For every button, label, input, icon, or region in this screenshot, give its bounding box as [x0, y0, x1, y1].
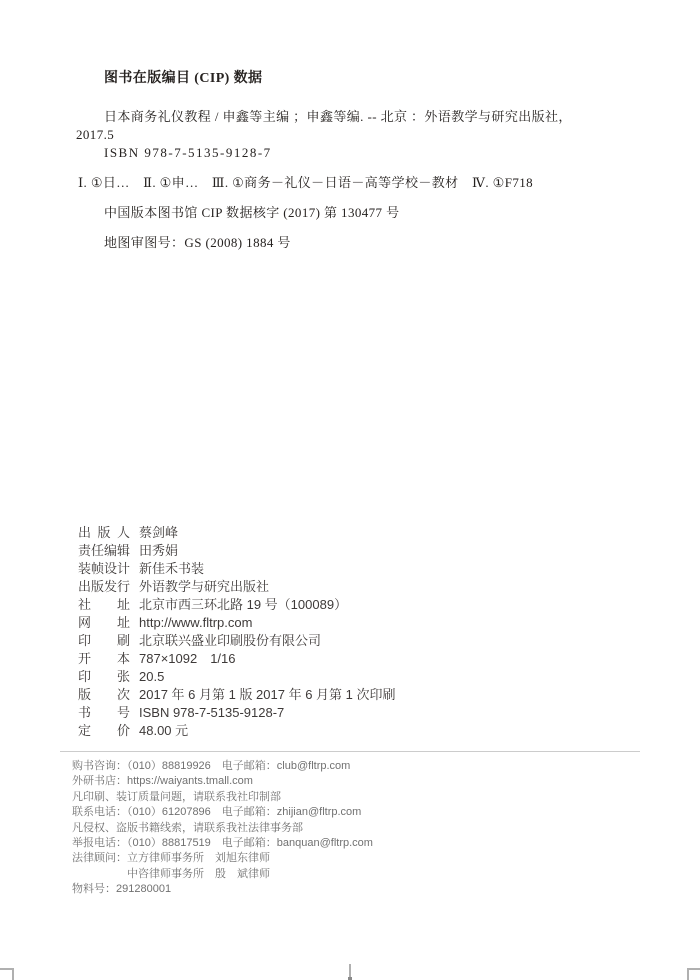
- cip-classification-line: Ⅰ. ①日… Ⅱ. ①申… Ⅲ. ①商务－礼仪－日语－高等学校－教材 Ⅳ. ①F…: [78, 174, 672, 192]
- colophon-value: 20.5: [139, 669, 164, 684]
- colophon-row-publisher: 出版发行外语教学与研究出版社: [78, 578, 638, 596]
- colophon-label: 书号: [78, 704, 130, 722]
- colophon-label: 印刷: [78, 632, 130, 650]
- footer-line-counsel-2: 中咨律师事务所 殷 斌律师: [72, 867, 632, 882]
- footer-line-report: 举报电话：（010）88817519 电子邮箱：banquan@fltrp.co…: [72, 836, 632, 851]
- colophon-row-design: 装帧设计新佳禾书装: [78, 560, 638, 578]
- footer-line-print-issue: 凡印刷、装订质量问题，请联系我社印制部: [72, 790, 632, 805]
- map-license-line: 地图审图号：GS (2008) 1884 号: [104, 234, 672, 252]
- colophon-label: 网址: [78, 614, 130, 632]
- colophon-label: 版次: [78, 686, 130, 704]
- colophon-row-isbn: 书号ISBN 978-7-5135-9128-7: [78, 704, 638, 722]
- colophon-label: 责任编辑: [78, 542, 130, 560]
- colophon-row-publisher-person: 出版人蔡剑峰: [78, 524, 638, 542]
- colophon-row-format: 开本787×1092 1/16: [78, 650, 638, 668]
- footer-line-contact: 联系电话：（010）61207896 电子邮箱：zhijian@fltrp.co…: [72, 805, 632, 820]
- colophon-value: 外语教学与研究出版社: [139, 579, 269, 594]
- cip-entry-line: 日本商务礼仪教程 / 申鑫等主编 ；申鑫等编. -- 北京 ：外语教学与研究出版…: [104, 108, 672, 126]
- colophon-label: 出版发行: [78, 578, 130, 596]
- cip-registry-line: 中国版本图书馆 CIP 数据核字 (2017) 第 130477 号: [104, 204, 672, 222]
- colophon-row-printer: 印刷北京联兴盛业印刷股份有限公司: [78, 632, 638, 650]
- cip-data-section: 图书在版编目 (CIP) 数据 日本商务礼仪教程 / 申鑫等主编 ；申鑫等编. …: [72, 70, 672, 252]
- footer-line-purchase: 购书咨询：（010）88819926 电子邮箱：club@fltrp.com: [72, 759, 632, 774]
- cip-header: 图书在版编目 (CIP) 数据: [104, 70, 672, 88]
- footer-line-material-no: 物料号：291280001: [72, 882, 632, 897]
- colophon-row-editor: 责任编辑田秀娟: [78, 542, 638, 560]
- colophon-row-website: 网址http://www.fltrp.com: [78, 614, 638, 632]
- colophon-value: 北京联兴盛业印刷股份有限公司: [139, 633, 321, 648]
- footer-line-piracy: 凡侵权、盗版书籍线索，请联系我社法律事务部: [72, 821, 632, 836]
- colophon-value: ISBN 978-7-5135-9128-7: [139, 705, 284, 720]
- divider-line: [60, 751, 640, 752]
- colophon-value: 新佳禾书装: [139, 561, 204, 576]
- copyright-page: 图书在版编目 (CIP) 数据 日本商务礼仪教程 / 申鑫等主编 ；申鑫等编. …: [0, 0, 700, 980]
- colophon-row-sheets: 印张20.5: [78, 668, 638, 686]
- colophon-label: 印张: [78, 668, 130, 686]
- colophon-section: 出版人蔡剑峰 责任编辑田秀娟 装帧设计新佳禾书装 出版发行外语教学与研究出版社 …: [78, 524, 638, 740]
- crop-mark-line: [687, 968, 689, 980]
- footer-line-bookstore: 外研书店：https://waiyants.tmall.com: [72, 774, 632, 789]
- colophon-label: 定价: [78, 722, 130, 740]
- footer-line-counsel-1: 法律顾问：立方律师事务所 刘旭东律师: [72, 851, 632, 866]
- colophon-value: http://www.fltrp.com: [139, 615, 252, 630]
- contact-footer: 购书咨询：（010）88819926 电子邮箱：club@fltrp.com 外…: [72, 759, 632, 898]
- colophon-row-price: 定价48.00 元: [78, 722, 638, 740]
- colophon-value: 787×1092 1/16: [139, 651, 236, 666]
- colophon-label: 开本: [78, 650, 130, 668]
- cip-entry-year: 2017.5: [76, 126, 672, 144]
- colophon-row-address: 社址北京市西三环北路 19 号（100089）: [78, 596, 638, 614]
- colophon-value: 2017 年 6 月第 1 版 2017 年 6 月第 1 次印刷: [139, 687, 396, 702]
- crop-mark-line: [349, 964, 351, 977]
- colophon-label: 社址: [78, 596, 130, 614]
- crop-mark-line: [12, 968, 14, 980]
- colophon-value: 48.00 元: [139, 723, 188, 738]
- crop-mark-line: [687, 968, 700, 970]
- colophon-value: 蔡剑峰: [139, 525, 178, 540]
- colophon-value: 北京市西三环北路 19 号（100089）: [139, 597, 347, 612]
- colophon-label: 装帧设计: [78, 560, 130, 578]
- cip-isbn-line: ISBN 978-7-5135-9128-7: [104, 144, 672, 162]
- colophon-value: 田秀娟: [139, 543, 178, 558]
- colophon-row-edition: 版次2017 年 6 月第 1 版 2017 年 6 月第 1 次印刷: [78, 686, 638, 704]
- colophon-label: 出版人: [78, 524, 130, 542]
